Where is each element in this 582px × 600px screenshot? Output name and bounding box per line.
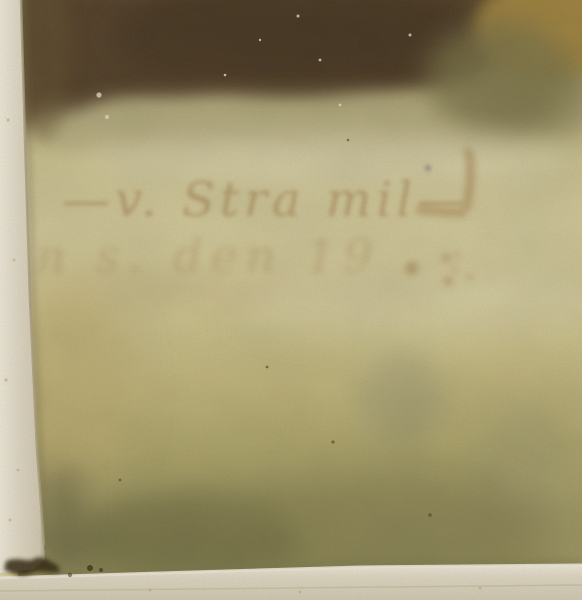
grain-overlay bbox=[0, 0, 582, 600]
painting-detail-scene: —v. Stra mil— n s. den 19 . : bbox=[0, 0, 582, 600]
framed-painting-photo: —v. Stra mil— n s. den 19 . : bbox=[0, 0, 582, 600]
